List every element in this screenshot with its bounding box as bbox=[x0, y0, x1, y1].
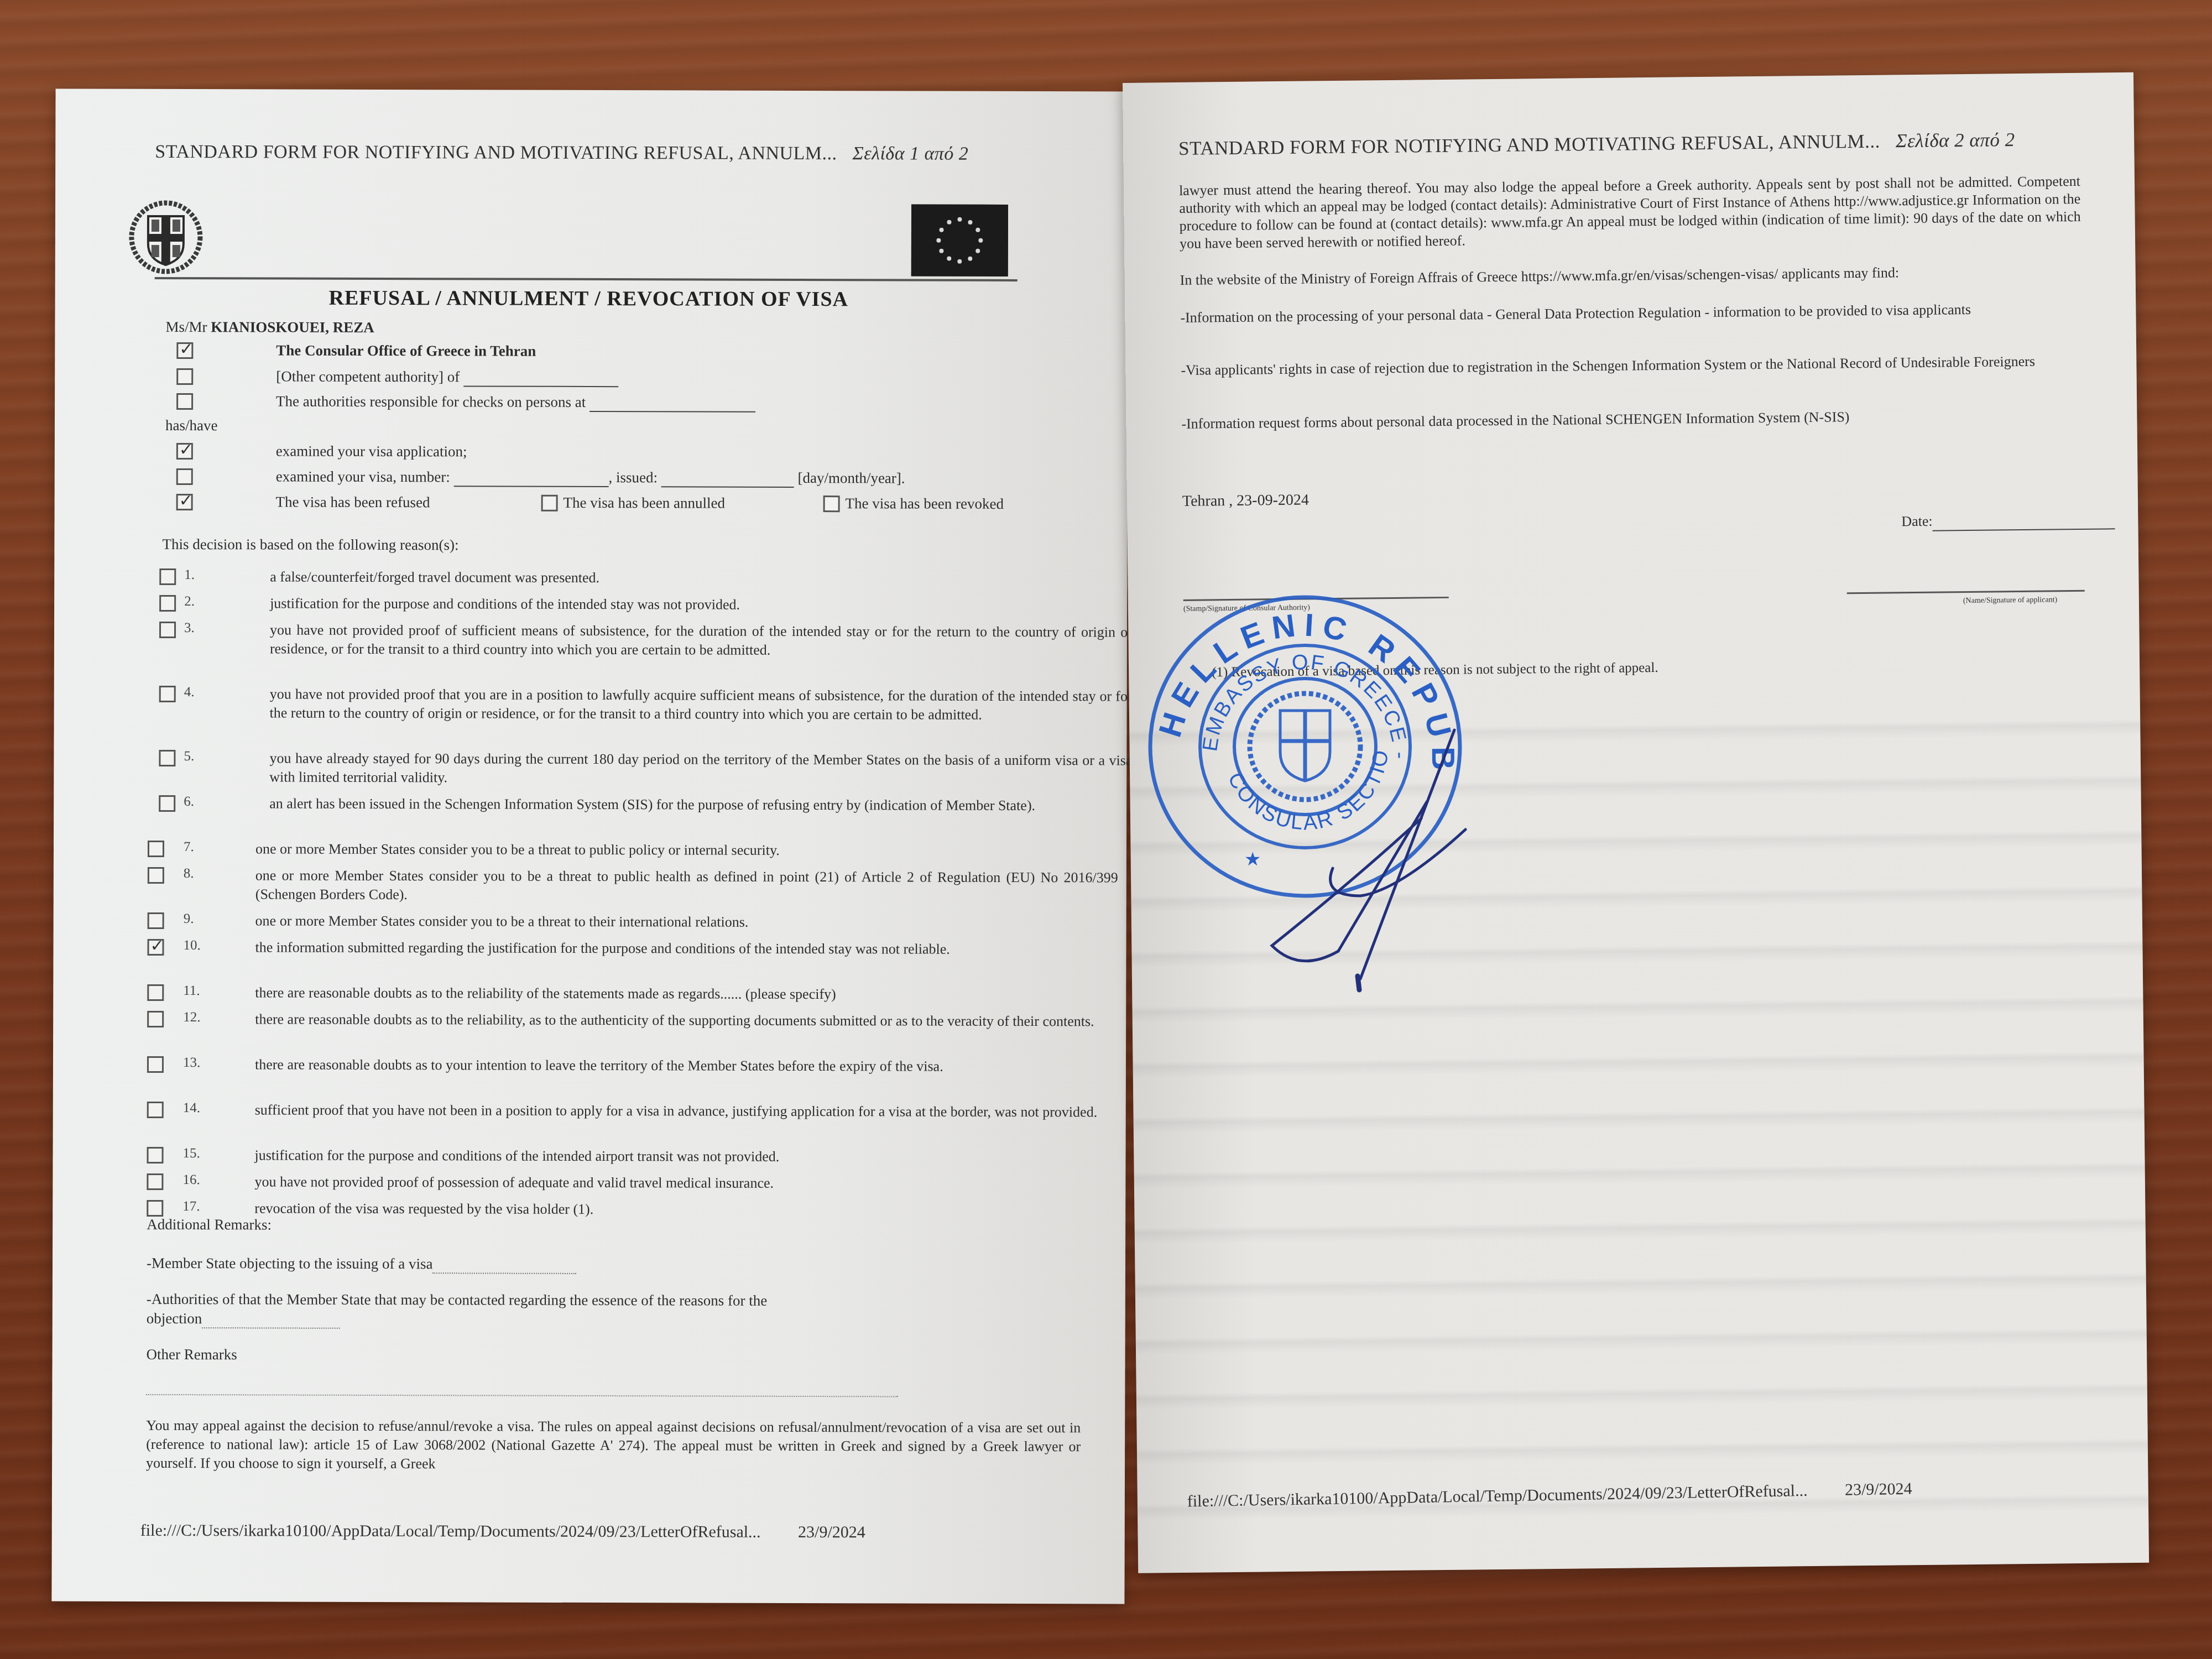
reason-number: 7. bbox=[184, 839, 194, 855]
reason-checkbox[interactable] bbox=[147, 984, 164, 1001]
reason-number: 6. bbox=[184, 794, 194, 810]
reason-item: 4.you have not provided proof that you a… bbox=[159, 685, 1133, 687]
reason-item: 3.you have not provided proof of suffici… bbox=[159, 620, 1133, 623]
reason-checkbox[interactable] bbox=[148, 867, 164, 884]
reason-number: 1. bbox=[184, 567, 195, 583]
eu-flag-icon bbox=[911, 205, 1008, 276]
reason-checkbox[interactable] bbox=[147, 1056, 164, 1073]
appeal-notice-continued: lawyer must attend the hearing thereof. … bbox=[1179, 173, 2081, 253]
authority-checkbox-other[interactable] bbox=[176, 368, 193, 385]
header-title: STANDARD FORM FOR NOTIFYING AND MOTIVATI… bbox=[155, 142, 837, 164]
reason-item: 12.there are reasonable doubts as to the… bbox=[158, 1010, 1131, 1013]
footer-file-path: file:///C:/Users/ikarka10100/AppData/Loc… bbox=[140, 1521, 761, 1541]
member-state-objecting-field[interactable] bbox=[432, 1259, 576, 1274]
applicant-line: Ms/Mr KIANIOSKOUEI, REZA bbox=[165, 317, 374, 337]
reason-number: 10. bbox=[183, 938, 200, 953]
applicant-prefix: Ms/Mr bbox=[165, 319, 207, 335]
reason-item: 17.revocation of the visa was requested … bbox=[158, 1199, 1131, 1202]
reason-item: 16.you have not provided proof of posses… bbox=[158, 1172, 1131, 1175]
reason-text: you have not provided proof of sufficien… bbox=[270, 620, 1133, 660]
reason-checkbox[interactable] bbox=[147, 1011, 164, 1027]
authority-label: The Consular Office of Greece in Tehran bbox=[276, 341, 536, 361]
reason-text: you have not provided proof that you are… bbox=[270, 685, 1133, 724]
actions-list: examined your visa application; examined… bbox=[176, 443, 1028, 528]
reason-item: 11.there are reasonable doubts as to the… bbox=[158, 983, 1131, 986]
outcome-label: The visa has been revoked bbox=[846, 493, 1004, 514]
outcome-checkbox-refused[interactable] bbox=[176, 494, 193, 510]
reason-number: 14. bbox=[183, 1100, 200, 1116]
outcome-label: The visa has been refused bbox=[276, 492, 430, 513]
reason-checkbox[interactable] bbox=[159, 686, 176, 702]
applicant-signature-line[interactable] bbox=[1847, 590, 2085, 594]
reason-number: 2. bbox=[184, 594, 195, 609]
page-indicator: Σελίδα 2 από 2 bbox=[1896, 129, 2015, 152]
reason-checkbox[interactable] bbox=[148, 912, 164, 929]
action-checkbox-examined-visa[interactable] bbox=[176, 468, 193, 485]
reason-number: 13. bbox=[183, 1055, 200, 1071]
reason-item: 2.justification for the purpose and cond… bbox=[159, 594, 1133, 597]
applicant-name: KIANIOSKOUEI, REZA bbox=[211, 319, 374, 336]
authority-checkbox-consular-office[interactable] bbox=[176, 342, 193, 359]
reason-checkbox[interactable] bbox=[159, 750, 175, 766]
authorities-list: The Consular Office of Greece in Tehran … bbox=[176, 342, 1006, 411]
date-hint: [day/month/year]. bbox=[797, 469, 905, 487]
header-title: STANDARD FORM FOR NOTIFYING AND MOTIVATI… bbox=[1178, 131, 1880, 159]
page-header: STANDARD FORM FOR NOTIFYING AND MOTIVATI… bbox=[155, 142, 968, 165]
footer-date: 23/9/2024 bbox=[1845, 1480, 1912, 1499]
action-checkbox-examined-application[interactable] bbox=[176, 443, 193, 460]
reason-item: 14.sufficient proof that you have not be… bbox=[158, 1100, 1131, 1103]
authority-label: The authorities responsible for checks o… bbox=[276, 393, 586, 410]
reason-item: 9.one or more Member States consider you… bbox=[159, 911, 1132, 914]
reason-number: 5. bbox=[184, 749, 194, 764]
reason-item: 6.an alert has been issued in the Scheng… bbox=[159, 794, 1132, 797]
reason-number: 16. bbox=[182, 1172, 200, 1188]
reason-text: there are reasonable doubts as to the re… bbox=[255, 1010, 1118, 1031]
reason-number: 8. bbox=[184, 866, 194, 881]
reason-checkbox[interactable] bbox=[159, 568, 176, 585]
other-authority-field[interactable] bbox=[463, 371, 618, 387]
reason-checkbox[interactable] bbox=[147, 1147, 163, 1164]
member-state-objecting-label: -Member State objecting to the issuing o… bbox=[147, 1255, 432, 1272]
reason-number: 12. bbox=[183, 1010, 200, 1025]
other-remarks-field[interactable] bbox=[146, 1394, 898, 1397]
reason-text: justification for the purpose and condit… bbox=[270, 594, 1133, 615]
header-divider bbox=[155, 277, 1018, 281]
reason-checkbox[interactable] bbox=[147, 1173, 163, 1190]
reason-text: there are reasonable doubts as to the re… bbox=[255, 983, 1118, 1004]
page-header: STANDARD FORM FOR NOTIFYING AND MOTIVATI… bbox=[1178, 129, 2015, 160]
page-indicator: Σελίδα 1 από 2 bbox=[853, 143, 969, 164]
reason-checkbox[interactable] bbox=[159, 622, 176, 638]
reasons-list: 1.a false/counterfeit/forged travel docu… bbox=[158, 567, 1133, 1311]
reason-checkbox[interactable] bbox=[159, 795, 175, 812]
reason-text: you have already stayed for 90 days duri… bbox=[269, 749, 1132, 789]
authority-checkbox-border-checks[interactable] bbox=[176, 393, 193, 410]
reason-text: an alert has been issued in the Schengen… bbox=[269, 794, 1132, 815]
applicant-date-field[interactable] bbox=[1933, 514, 2115, 531]
action-label: examined your visa, number: bbox=[276, 468, 450, 486]
date-label: Date: bbox=[1901, 513, 1933, 530]
reason-number: 4. bbox=[184, 685, 195, 700]
visa-number-field[interactable] bbox=[453, 471, 608, 487]
reason-number: 3. bbox=[184, 620, 195, 636]
issued-date-field[interactable] bbox=[661, 472, 794, 488]
reason-number: 9. bbox=[184, 911, 194, 927]
reason-checkbox[interactable] bbox=[159, 595, 176, 612]
reason-checkbox[interactable] bbox=[147, 1102, 164, 1118]
page-title: REFUSAL / ANNULMENT / REVOCATION OF VISA bbox=[329, 286, 849, 311]
reason-text: you have not provided proof of possessio… bbox=[254, 1172, 1117, 1193]
reason-number: 11. bbox=[183, 983, 200, 999]
issued-label: , issued: bbox=[608, 469, 658, 486]
other-remarks-label: Other Remarks bbox=[147, 1344, 237, 1364]
reason-text: the information submitted regarding the … bbox=[255, 938, 1118, 959]
reason-item: 7.one or more Member States consider you… bbox=[159, 839, 1132, 842]
has-have-label: has/have bbox=[165, 415, 218, 435]
action-label: examined your visa application; bbox=[276, 441, 467, 462]
outcome-checkbox-annulled[interactable] bbox=[541, 495, 558, 512]
reason-text: a false/counterfeit/forged travel docume… bbox=[270, 567, 1133, 588]
reason-item: 5.you have already stayed for 90 days du… bbox=[159, 749, 1132, 752]
appeal-notice: You may appeal against the decision to r… bbox=[146, 1416, 1081, 1475]
place-and-date: Tehran , 23-09-2024 bbox=[1182, 491, 1309, 512]
authorities-contact-field[interactable] bbox=[202, 1314, 340, 1329]
reason-text: sufficient proof that you have not been … bbox=[255, 1100, 1118, 1121]
reason-item: 13.there are reasonable doubts as to you… bbox=[158, 1055, 1131, 1058]
consular-signature-icon bbox=[1233, 708, 1510, 995]
reasons-intro: This decision is based on the following … bbox=[162, 534, 458, 555]
info-item-applicant-rights: -Visa applicants' rights in case of reje… bbox=[1181, 352, 2082, 379]
border-location-field[interactable] bbox=[589, 397, 755, 413]
reason-text: one or more Member States consider you t… bbox=[255, 866, 1118, 906]
authority-label: [Other competent authority] of bbox=[276, 368, 460, 385]
reason-item: 15.justification for the purpose and con… bbox=[158, 1146, 1131, 1149]
reason-item: 8.one or more Member States consider you… bbox=[159, 866, 1132, 869]
additional-remarks-label: Additional Remarks: bbox=[147, 1214, 272, 1235]
reason-number: 15. bbox=[183, 1146, 200, 1161]
objection-label: objection bbox=[147, 1310, 202, 1327]
reason-item: 1.a false/counterfeit/forged travel docu… bbox=[159, 567, 1133, 570]
info-item-nsis-forms: -Information request forms about persona… bbox=[1181, 405, 2083, 434]
page-footer: file:///C:/Users/ikarka10100/AppData/Loc… bbox=[140, 1521, 865, 1542]
authorities-contact-label: -Authorities of that the Member State th… bbox=[147, 1289, 767, 1311]
reason-text: one or more Member States consider you t… bbox=[255, 839, 1118, 860]
reason-text: one or more Member States consider you t… bbox=[255, 911, 1118, 932]
greek-coat-of-arms-icon bbox=[127, 200, 205, 274]
reason-item: 10.the information submitted regarding t… bbox=[159, 938, 1132, 941]
document-page-1: STANDARD FORM FOR NOTIFYING AND MOTIVATI… bbox=[51, 88, 1128, 1604]
reason-text: revocation of the visa was requested by … bbox=[254, 1199, 1117, 1220]
reason-number: 17. bbox=[182, 1199, 200, 1214]
footer-date: 23/9/2024 bbox=[798, 1523, 865, 1541]
outcome-checkbox-revoked[interactable] bbox=[823, 495, 840, 512]
outcome-label: The visa has been annulled bbox=[564, 493, 725, 513]
reason-checkbox[interactable] bbox=[148, 841, 164, 857]
reason-text: there are reasonable doubts as to your i… bbox=[255, 1055, 1118, 1076]
reason-checkbox[interactable] bbox=[147, 939, 164, 956]
mfa-website-intro: In the website of the Ministry of Foreig… bbox=[1180, 261, 2081, 290]
applicant-signature-caption: (Name/Signature of applicant) bbox=[1963, 596, 2057, 606]
info-item-gdpr: -Information on the processing of your p… bbox=[1180, 300, 2081, 327]
reason-text: justification for the purpose and condit… bbox=[254, 1146, 1117, 1167]
